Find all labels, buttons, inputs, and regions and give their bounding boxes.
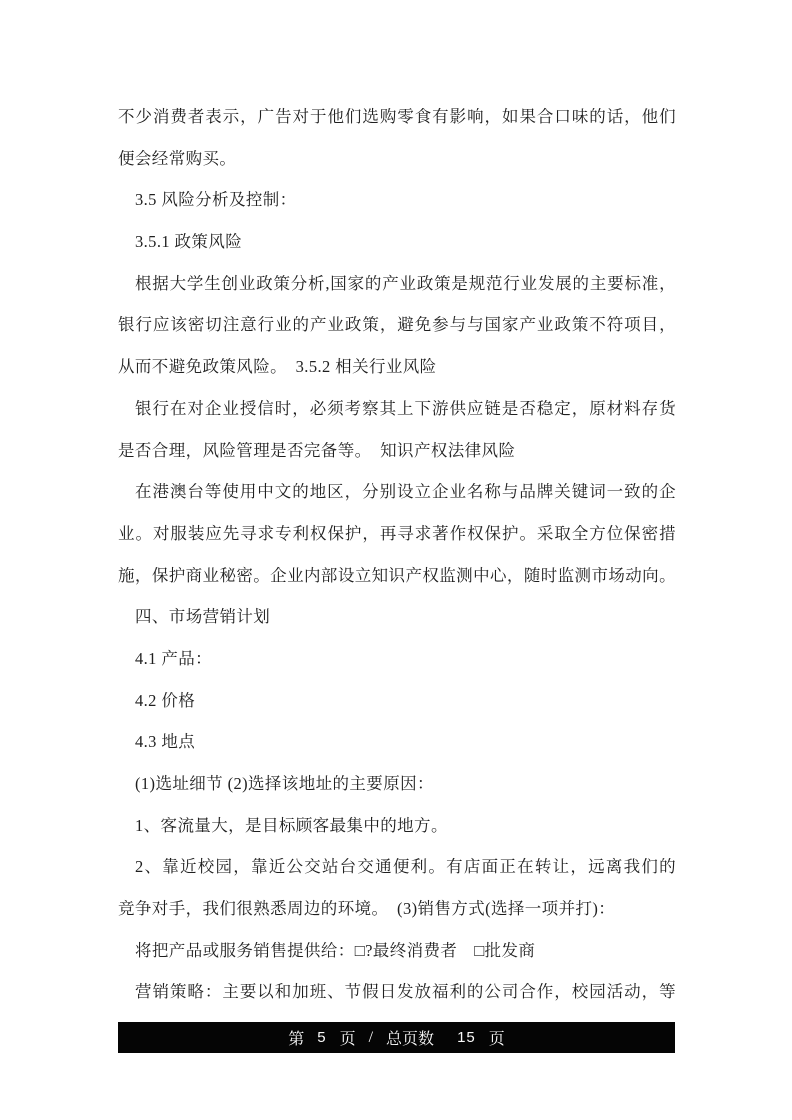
text-line: 竞争对手，我们很熟悉周边的环境。 (3)销售方式(选择一项并打)： <box>118 888 676 930</box>
total-pages-label: 总页数 <box>386 1026 434 1049</box>
text-line: 2、靠近校园，靠近公交站台交通便利。有店面正在转让，远离我们的 <box>118 846 676 888</box>
text-line: 从而不避免政策风险。 3.5.2 相关行业风险 <box>118 346 676 388</box>
document-text: 不少消费者表示，广告对于他们选购零食有影响，如果合口味的话，他们便会经常购买。3… <box>118 96 676 1013</box>
text-line: 3.5.1 政策风险 <box>118 221 676 263</box>
page-unit-label: 页 <box>340 1026 356 1049</box>
page-separator: / <box>369 1029 373 1047</box>
text-line: 便会经常购买。 <box>118 138 676 180</box>
text-line: 4.1 产品： <box>118 638 676 680</box>
current-page-number: 5 <box>317 1029 326 1046</box>
text-line: 4.2 价格 <box>118 680 676 722</box>
text-line: 1、客流量大，是目标顾客最集中的地方。 <box>118 805 676 847</box>
total-pages-number: 15 <box>457 1029 476 1046</box>
text-line: (1)选址细节 (2)选择该地址的主要原因： <box>118 763 676 805</box>
text-line: 营销策略：主要以和加班、节假日发放福利的公司合作，校园活动，等 <box>118 971 676 1013</box>
document-viewer: { "page": { "background": "#ffffff", "te… <box>0 0 792 1120</box>
text-line: 3.5 风险分析及控制： <box>118 179 676 221</box>
text-line: 根据大学生创业政策分析,国家的产业政策是规范行业发展的主要标准， <box>118 263 676 305</box>
total-page-unit-label: 页 <box>489 1026 505 1049</box>
text-line: 在港澳台等使用中文的地区，分别设立企业名称与品牌关键词一致的企 <box>118 471 676 513</box>
text-line: 不少消费者表示，广告对于他们选购零食有影响，如果合口味的话，他们 <box>118 96 676 138</box>
text-line: 银行应该密切注意行业的产业政策，避免参与与国家产业政策不符项目， <box>118 304 676 346</box>
text-line: 是否合理，风险管理是否完备等。 知识产权法律风险 <box>118 430 676 472</box>
text-line: 4.3 地点 <box>118 721 676 763</box>
page-footer-bar: 第 5 页 / 总页数 15 页 <box>118 1022 675 1053</box>
text-line: 施，保护商业秘密。企业内部设立知识产权监测中心，随时监测市场动向。 <box>118 555 676 597</box>
page-container: 不少消费者表示，广告对于他们选购零食有影响，如果合口味的话，他们便会经常购买。3… <box>0 0 792 1120</box>
page-prefix-label: 第 <box>288 1026 304 1049</box>
text-line: 四、市场营销计划 <box>118 596 676 638</box>
text-line: 将把产品或服务销售提供给：□?最终消费者 □批发商 <box>118 930 676 972</box>
text-line: 业。对服装应先寻求专利权保护，再寻求著作权保护。采取全方位保密措 <box>118 513 676 555</box>
text-line: 银行在对企业授信时，必须考察其上下游供应链是否稳定，原材料存货 <box>118 388 676 430</box>
